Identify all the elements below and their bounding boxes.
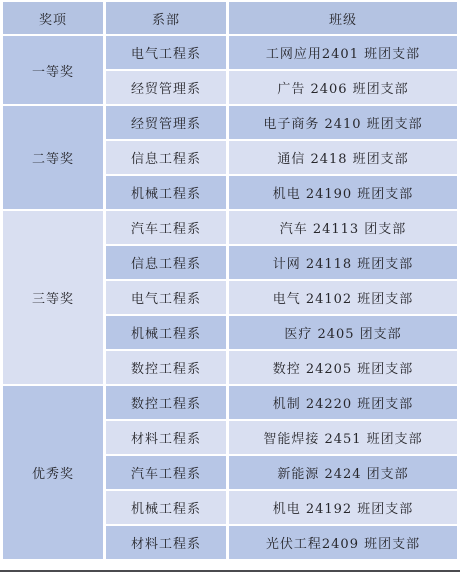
department-cell: 汽车工程系 xyxy=(106,456,226,489)
class-cell: 通信 2418 班团支部 xyxy=(229,141,457,174)
header-cell-class: 班级 xyxy=(229,2,457,34)
department-cell: 经贸管理系 xyxy=(106,106,226,139)
department-cell: 汽车工程系 xyxy=(106,211,226,244)
award-group-cell: 一等奖 xyxy=(3,36,103,104)
award-group-cell: 优秀奖 xyxy=(3,386,103,559)
class-cell: 数控 24205 班团支部 xyxy=(229,351,457,384)
department-cell: 信息工程系 xyxy=(106,141,226,174)
department-cell: 电气工程系 xyxy=(106,36,226,69)
department-cell: 经贸管理系 xyxy=(106,71,226,104)
table-row: 优秀奖数控工程系机制 24220 班团支部 xyxy=(3,386,457,419)
award-group-cell: 二等奖 xyxy=(3,106,103,209)
department-cell: 材料工程系 xyxy=(106,526,226,559)
awards-table: 奖项 系部 班级 一等奖电气工程系工网应用2401 班团支部经贸管理系广告 24… xyxy=(0,0,460,561)
class-cell: 汽车 24113 团支部 xyxy=(229,211,457,244)
header-cell-award: 奖项 xyxy=(3,2,103,34)
awards-table-body: 一等奖电气工程系工网应用2401 班团支部经贸管理系广告 2406 班团支部二等… xyxy=(3,36,457,559)
class-cell: 机制 24220 班团支部 xyxy=(229,386,457,419)
class-cell: 医疗 2405 团支部 xyxy=(229,316,457,349)
department-cell: 数控工程系 xyxy=(106,351,226,384)
class-cell: 工网应用2401 班团支部 xyxy=(229,36,457,69)
class-cell: 计网 24118 班团支部 xyxy=(229,246,457,279)
award-group-cell: 三等奖 xyxy=(3,211,103,384)
department-cell: 信息工程系 xyxy=(106,246,226,279)
department-cell: 机械工程系 xyxy=(106,176,226,209)
table-row: 二等奖经贸管理系电子商务 2410 班团支部 xyxy=(3,106,457,139)
department-cell: 电气工程系 xyxy=(106,281,226,314)
class-cell: 电子商务 2410 班团支部 xyxy=(229,106,457,139)
class-cell: 广告 2406 班团支部 xyxy=(229,71,457,104)
class-cell: 电气 24102 班团支部 xyxy=(229,281,457,314)
awards-table-page: 奖项 系部 班级 一等奖电气工程系工网应用2401 班团支部经贸管理系广告 24… xyxy=(0,0,460,572)
class-cell: 光伏工程2409 班团支部 xyxy=(229,526,457,559)
class-cell: 新能源 2424 团支部 xyxy=(229,456,457,489)
department-cell: 机械工程系 xyxy=(106,491,226,524)
header-row: 奖项 系部 班级 xyxy=(3,2,457,34)
class-cell: 机电 24192 班团支部 xyxy=(229,491,457,524)
table-row: 一等奖电气工程系工网应用2401 班团支部 xyxy=(3,36,457,69)
header-cell-department: 系部 xyxy=(106,2,226,34)
department-cell: 机械工程系 xyxy=(106,316,226,349)
class-cell: 智能焊接 2451 班团支部 xyxy=(229,421,457,454)
department-cell: 材料工程系 xyxy=(106,421,226,454)
table-row: 三等奖汽车工程系汽车 24113 团支部 xyxy=(3,211,457,244)
class-cell: 机电 24190 班团支部 xyxy=(229,176,457,209)
department-cell: 数控工程系 xyxy=(106,386,226,419)
